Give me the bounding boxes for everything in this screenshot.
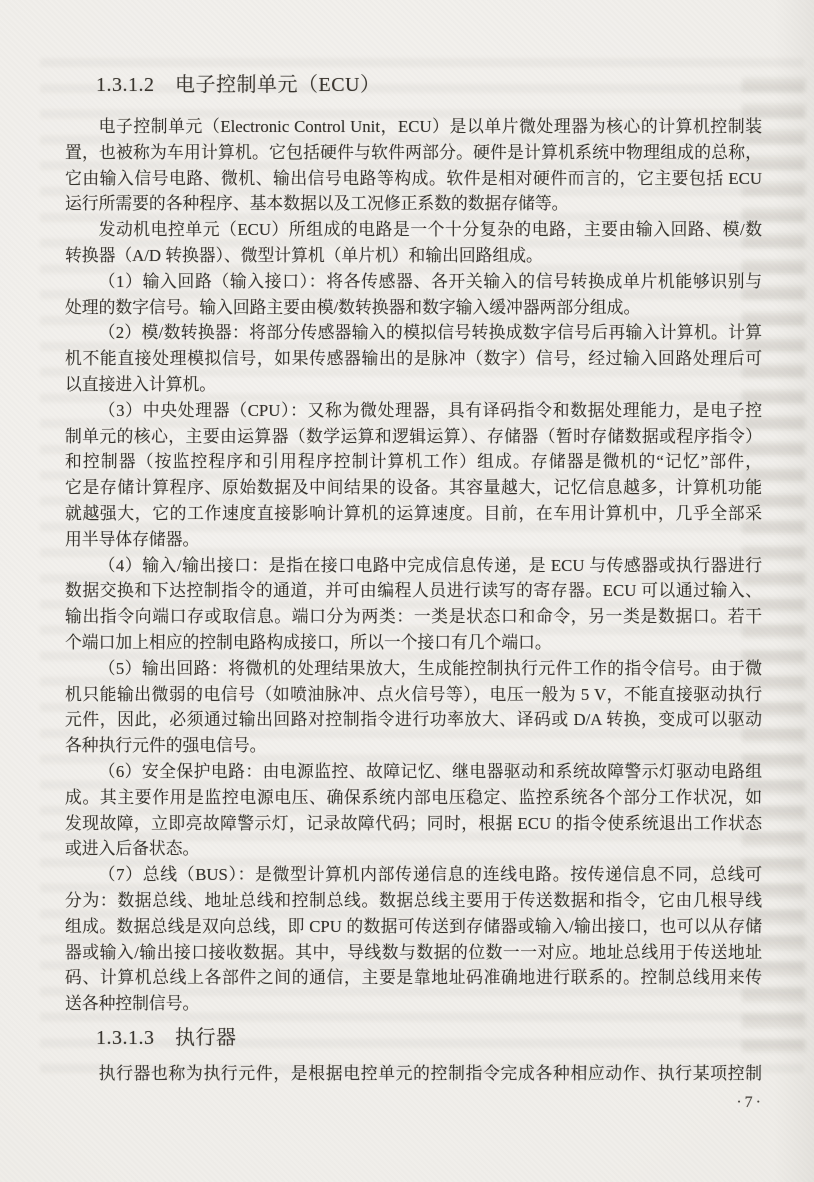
paragraph: 电子控制单元（Electronic Control Unit，ECU）是以单片微… <box>65 114 762 217</box>
paragraph: （3）中央处理器（CPU）：又称为微处理器，具有译码指令和数据处理能力，是电子控… <box>65 398 762 553</box>
text-line: 成。其主要作用是监控电源电压、确保系统内部电压稳定、监控系统各个部分工作状况，如 <box>65 785 762 811</box>
page-number: ·7· <box>736 1094 764 1112</box>
text-line: 就越强大，它的工作速度直接影响计算机的运算速度。目前，在车用计算机中，几乎全部采 <box>65 501 762 527</box>
text-line: 各种执行元件的强电信号。 <box>65 733 762 759</box>
page-content: 1.3.1.2 电子控制单元（ECU）电子控制单元（Electronic Con… <box>65 72 762 1087</box>
text-line: 机不能直接处理模拟信号，如果传感器输出的是脉冲（数字）信号，经过输入回路处理后可 <box>65 346 762 372</box>
text-line: （7）总线（BUS）：是微型计算机内部传递信息的连线电路。按传递信息不同，总线可 <box>65 862 762 888</box>
paragraph: （2）模/数转换器：将部分传感器输入的模拟信号转换成数字信号后再输入计算机。计算… <box>65 320 762 397</box>
text-line: 分为：数据总线、地址总线和控制总线。数据总线主要用于传送数据和指令，它由几根导线 <box>65 888 762 914</box>
text-line: （6）安全保护电路：由电源监控、故障记忆、继电器驱动和系统故障警示灯驱动电路组 <box>65 759 762 785</box>
paragraph: （1）输入回路（输入接口）：将各传感器、各开关输入的信号转换成单片机能够识别与处… <box>65 269 762 321</box>
text-line: 发现故障，立即亮故障警示灯，记录故障代码；同时，根据 ECU 的指令使系统退出工… <box>65 811 762 837</box>
text-line: （1）输入回路（输入接口）：将各传感器、各开关输入的信号转换成单片机能够识别与 <box>65 269 762 295</box>
text-line: 运行所需要的各种程序、基本数据以及工况修正系数的数据存储等。 <box>65 191 762 217</box>
paragraph: （5）输出回路：将微机的处理结果放大，生成能控制执行元件工作的指令信号。由于微机… <box>65 656 762 759</box>
text-line: 送各种控制信号。 <box>65 991 762 1017</box>
text-line: 制单元的核心，主要由运算器（数学运算和逻辑运算）、存储器（暂时存储数据或程序指令… <box>65 424 762 450</box>
text-line: 数据交换和下达控制指令的通道，并可由编程人员进行读写的寄存器。ECU 可以通过输… <box>65 578 762 604</box>
paragraph: 执行器也称为执行元件，是根据电控单元的控制指令完成各种相应动作、执行某项控制 <box>65 1061 762 1087</box>
text-line: 器或输入/输出接口接收数据。其中，导线数与数据的位数一一对应。地址总线用于传送地… <box>65 940 762 966</box>
text-line: 输出指令向端口存或取信息。端口分为两类：一类是状态口和命令，另一类是数据口。若干 <box>65 604 762 630</box>
text-line: 和控制器（按监控程序和引用程序控制计算机工作）组成。存储器是微机的“记忆”部件， <box>65 449 762 475</box>
book-page: 1.3.1.2 电子控制单元（ECU）电子控制单元（Electronic Con… <box>0 0 814 1182</box>
paragraph: （6）安全保护电路：由电源监控、故障记忆、继电器驱动和系统故障警示灯驱动电路组成… <box>65 759 762 862</box>
text-line: 它由输入信号电路、微机、输出信号电路等构成。软件是相对硬件而言的，它主要包括 E… <box>65 166 762 192</box>
text-line: 或进入后备状态。 <box>65 836 762 862</box>
text-line: 执行器也称为执行元件，是根据电控单元的控制指令完成各种相应动作、执行某项控制 <box>65 1061 762 1087</box>
text-line: 置，也被称为车用计算机。它包括硬件与软件两部分。硬件是计算机系统中物理组成的总称… <box>65 140 762 166</box>
text-line: 元件，因此，必须通过输出回路对控制指令进行功率放大、译码或 D/A 转换，变成可… <box>65 707 762 733</box>
text-line: （5）输出回路：将微机的处理结果放大，生成能控制执行元件工作的指令信号。由于微 <box>65 656 762 682</box>
text-line: 处理的数字信号。输入回路主要由模/数转换器和数字输入缓冲器两部分组成。 <box>65 295 762 321</box>
paragraph: 发动机电控单元（ECU）所组成的电路是一个十分复杂的电路，主要由输入回路、模/数… <box>65 217 762 269</box>
text-line: 电子控制单元（Electronic Control Unit，ECU）是以单片微… <box>65 114 762 140</box>
text-line: 用半导体存储器。 <box>65 527 762 553</box>
text-line: 机只能输出微弱的电信号（如喷油脉冲、点火信号等），电压一般为 5 V，不能直接驱… <box>65 682 762 708</box>
text-line: 组成。数据总线是双向总线，即 CPU 的数据可传送到存储器或输入/输出接口，也可… <box>65 914 762 940</box>
text-line: 它是存储计算程序、原始数据及中间结果的设备。其容量越大，记忆信息越多，计算机功能 <box>65 475 762 501</box>
paragraph: （7）总线（BUS）：是微型计算机内部传递信息的连线电路。按传递信息不同，总线可… <box>65 862 762 1017</box>
text-line: 以直接进入计算机。 <box>65 372 762 398</box>
text-line: （4）输入/输出接口：是指在接口电路中完成信息传递，是 ECU 与传感器或执行器… <box>65 553 762 579</box>
text-line: 发动机电控单元（ECU）所组成的电路是一个十分复杂的电路，主要由输入回路、模/数 <box>65 217 762 243</box>
text-line: 个端口加上相应的控制电路构成接口，所以一个接口有几个端口。 <box>65 630 762 656</box>
paragraph: （4）输入/输出接口：是指在接口电路中完成信息传递，是 ECU 与传感器或执行器… <box>65 553 762 656</box>
section-heading: 1.3.1.3 执行器 <box>65 1025 762 1051</box>
text-line: 转换器（A/D 转换器）、微型计算机（单片机）和输出回路组成。 <box>65 243 762 269</box>
section-heading: 1.3.1.2 电子控制单元（ECU） <box>65 72 762 98</box>
text-line: 码、计算机总线上各部件之间的通信，主要是靠地址码准确地进行联系的。控制总线用来传 <box>65 965 762 991</box>
text-line: （3）中央处理器（CPU）：又称为微处理器，具有译码指令和数据处理能力，是电子控 <box>65 398 762 424</box>
text-line: （2）模/数转换器：将部分传感器输入的模拟信号转换成数字信号后再输入计算机。计算 <box>65 320 762 346</box>
